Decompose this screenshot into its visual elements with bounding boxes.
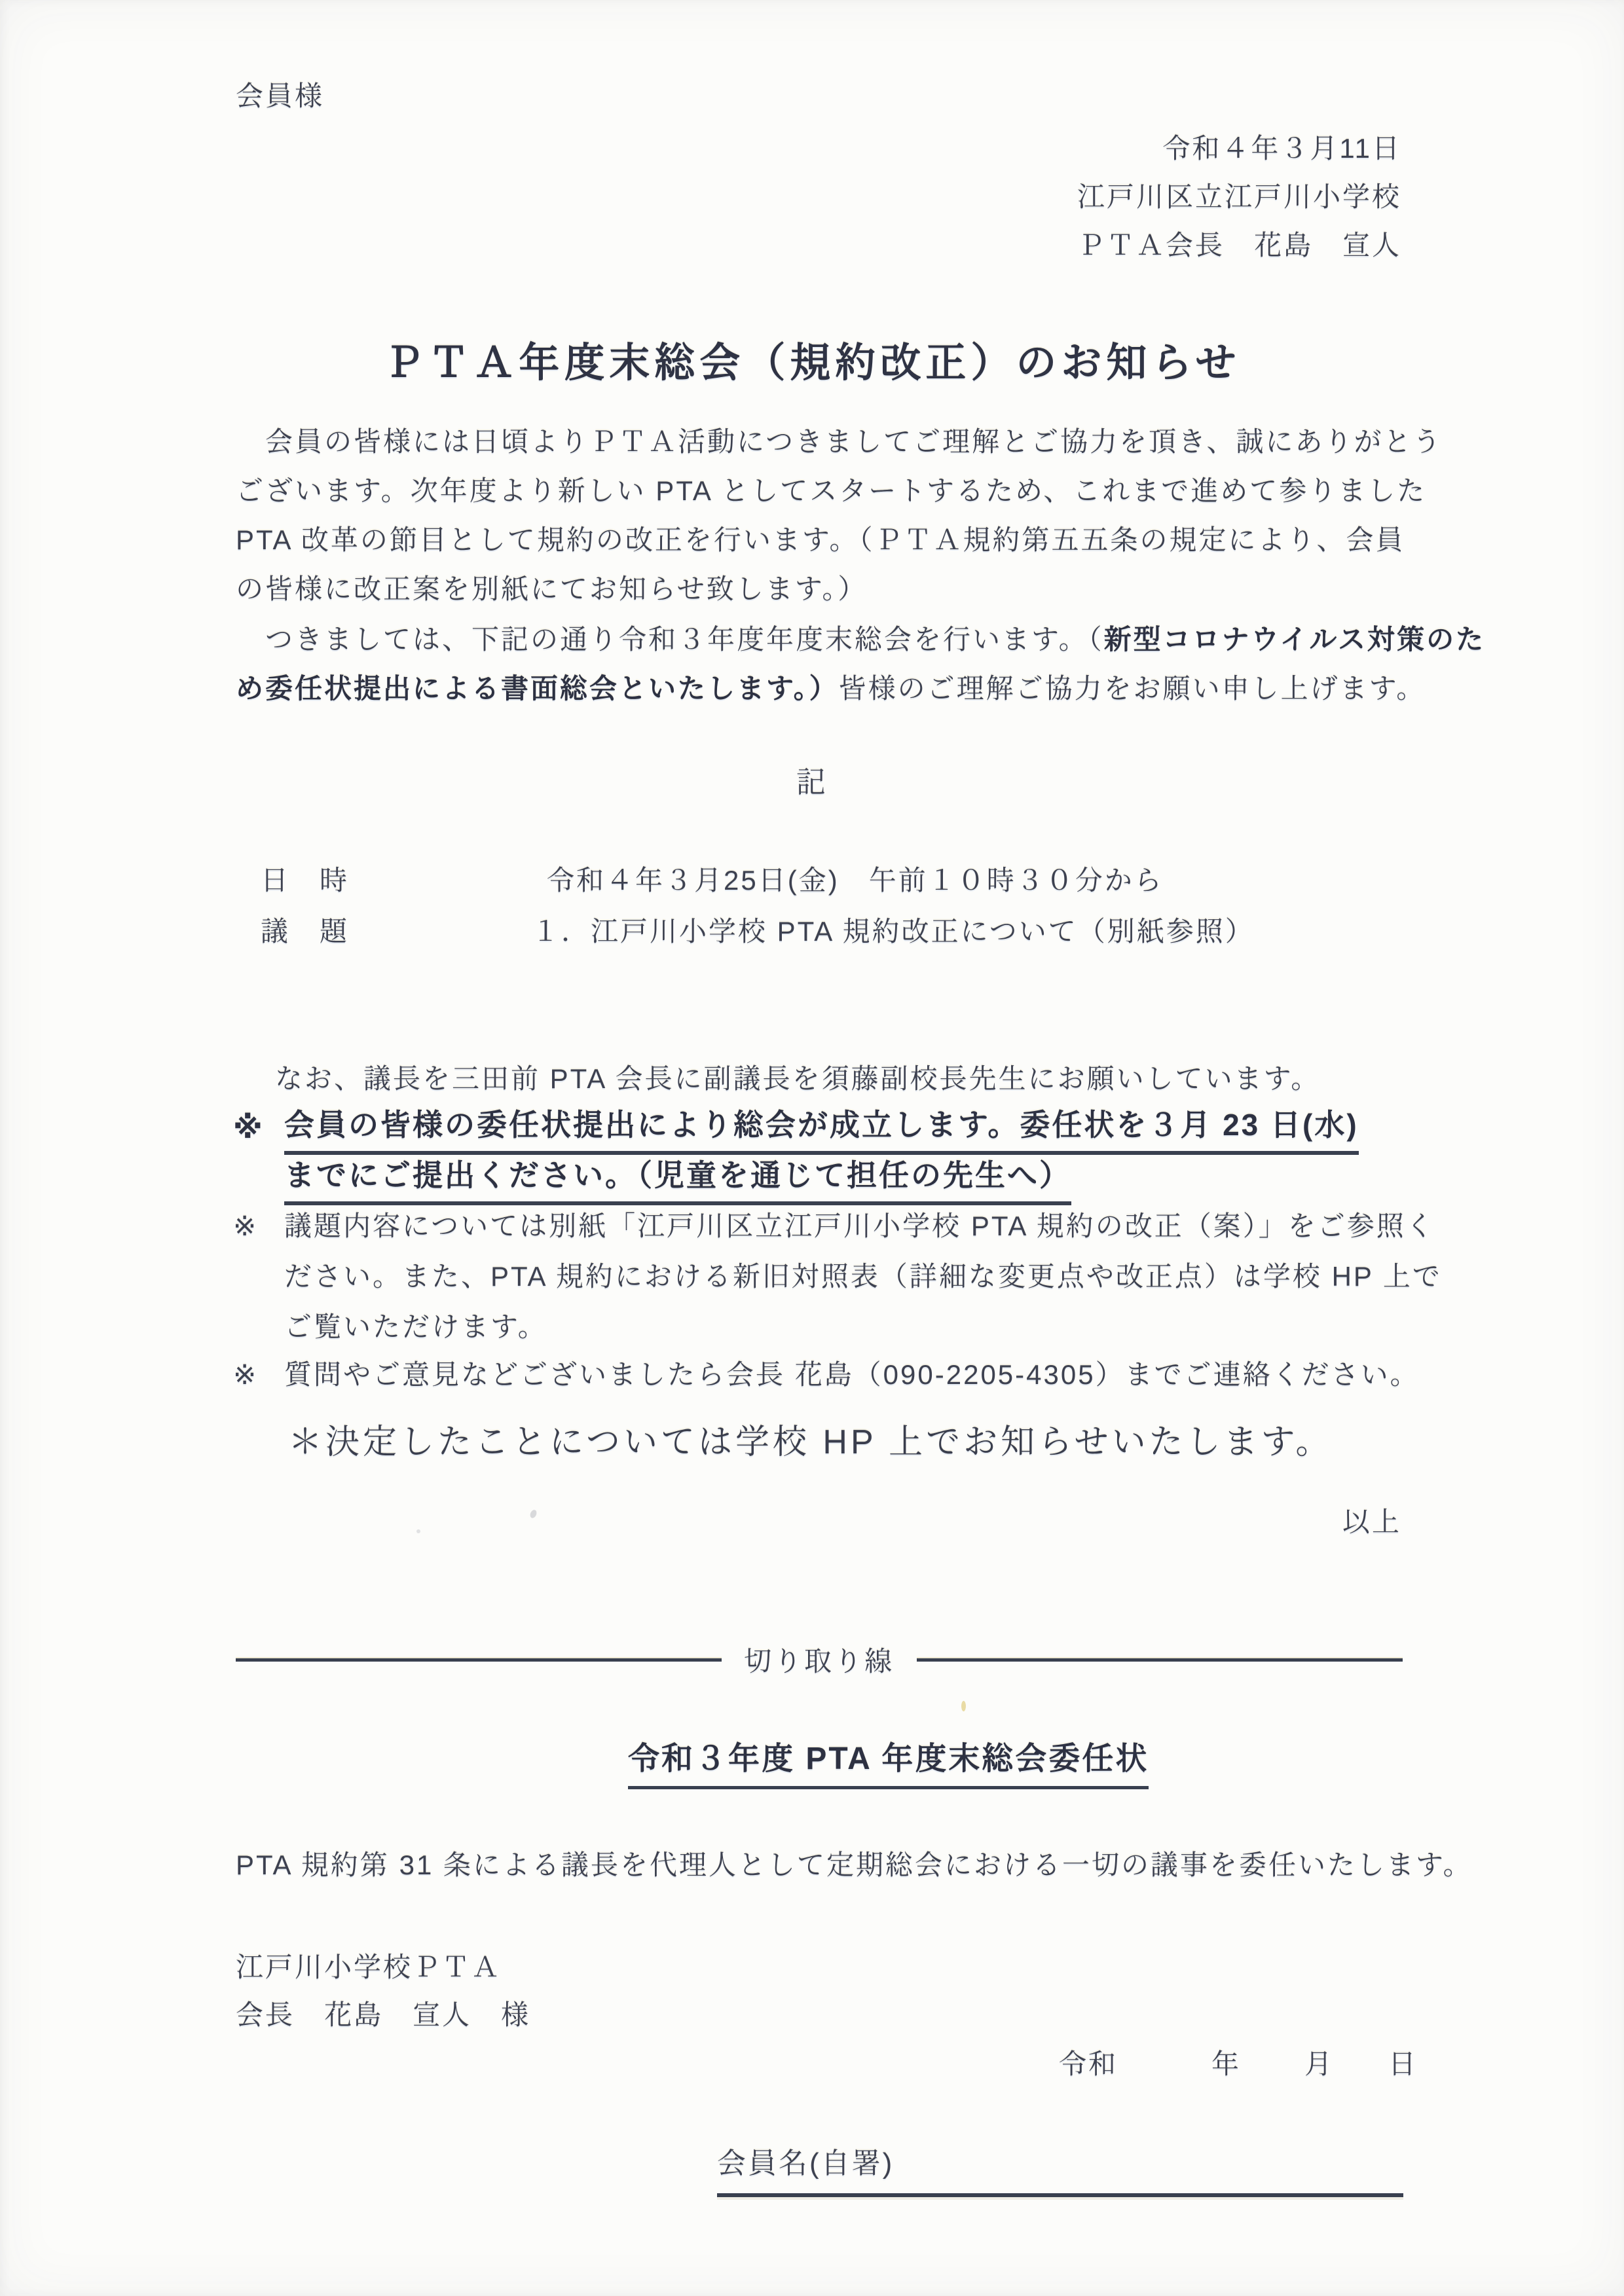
agenda-value-datetime: 令和４年３月25日(金) 午前１０時３０分から <box>547 864 1164 897</box>
ki-marker: 記 <box>0 765 1624 800</box>
sender-name: ＰＴＡ会長 花島 宣人 <box>1077 229 1401 262</box>
scan-artifact <box>416 1529 420 1533</box>
reference-note-line: 議題内容については別紙「江戸川区立江戸川小学校 PTA 規約の改正（案）」をご参… <box>284 1210 1435 1243</box>
note-marker: ※ <box>233 1210 258 1243</box>
underlined-text: 会員の皆様の委任状提出により総会が成立します。委任状を３月 23 日(水) <box>284 1107 1359 1155</box>
recipient: 会員様 <box>236 80 324 113</box>
proxy-deadline-line: までにご提出ください。（児童を通じて担任の先生へ） <box>284 1157 1071 1205</box>
agenda-label-topic: 議 題 <box>261 915 349 948</box>
proxy-form-body: PTA 規約第 31 条による議長を代理人として定期総会における一切の議事を委任… <box>236 1849 1473 1882</box>
scan-artifact <box>529 1509 538 1520</box>
scan-artifact <box>961 1701 966 1711</box>
intro-text: 皆様のご理解ご協力をお願い申し上げます。 <box>839 673 1426 704</box>
cut-line: 切り取り線 <box>236 1640 1403 1679</box>
school-name: 江戸川区立江戸川小学校 <box>1077 181 1401 213</box>
proxy-org: 江戸川小学校ＰＴＡ <box>236 1951 501 1984</box>
agenda-value-topic: １．江戸川小学校 PTA 規約改正について（別紙参照） <box>532 915 1255 948</box>
intro-line: つきましては、下記の通り令和３年度年度末総会を行います。（新型コロナウイルス対策… <box>236 623 1485 656</box>
agenda-label-datetime: 日 時 <box>261 864 349 897</box>
hp-announcement: ＊決定したことについては学校 HP 上でお知らせいたします。 <box>288 1422 1333 1463</box>
chair-note: なお、議長を三田前 PTA 会長に副議長を須藤副校長先生にお願いしています。 <box>275 1063 1320 1095</box>
page-title: ＰＴＡ年度末総会（規約改正）のお知らせ <box>0 339 1624 388</box>
cut-line-rule-right <box>917 1658 1403 1662</box>
cut-line-label: 切り取り線 <box>722 1640 917 1679</box>
document-date: 令和４年３月11日 <box>1162 132 1401 165</box>
reference-note-line: ご覧いただけます。 <box>284 1311 547 1343</box>
reference-note-line: ださい。また、PTA 規約における新旧対照表（詳細な変更点や改正点）は学校 HP… <box>284 1260 1442 1293</box>
proxy-form-title: 令和３年度 PTA 年度末総会委任状 <box>628 1740 1149 1789</box>
cut-line-rule-left <box>236 1658 722 1662</box>
note-marker: ※ <box>233 1358 258 1391</box>
contact-note: 質問やご意見などございましたら会長 花島（090-2205-4305）までご連絡… <box>284 1358 1420 1391</box>
proxy-date-year: 年 <box>1211 2048 1241 2081</box>
note-marker: ※ <box>233 1110 265 1146</box>
proxy-date-month: 月 <box>1304 2048 1334 2081</box>
underlined-text: までにご提出ください。（児童を通じて担任の先生へ） <box>284 1157 1071 1205</box>
scanned-document-page: 会員様 令和４年３月11日 江戸川区立江戸川小学校 ＰＴＡ会長 花島 宣人 ＰＴ… <box>0 0 1624 2296</box>
intro-line: 会員の皆様には日頃よりＰＴＡ活動につきましてご理解とご協力を頂き、誠にありがとう <box>236 426 1442 458</box>
covid-measure-bold-text: 新型コロナウイルス対策のた <box>1104 624 1485 655</box>
proxy-addressee: 会長 花島 宣人 様 <box>236 1999 530 2032</box>
closing-ijou: 以上 <box>1342 1506 1401 1539</box>
intro-text: つきましては、下記の通り令和３年度年度末総会を行います。（ <box>236 624 1104 655</box>
intro-line: め委任状提出による書面総会といたします。）皆様のご理解ご協力をお願い申し上げます… <box>236 672 1426 705</box>
underlined-text: 令和３年度 PTA 年度末総会委任状 <box>628 1740 1149 1789</box>
proxy-deadline-line: 会員の皆様の委任状提出により総会が成立します。委任状を３月 23 日(水) <box>284 1107 1359 1155</box>
intro-line: の皆様に改正案を別紙にてお知らせ致します。） <box>236 573 867 606</box>
covid-measure-bold-text: め委任状提出による書面総会といたします。） <box>236 673 839 704</box>
signature-line: 会員名(自署) <box>717 2140 1403 2197</box>
proxy-date-era: 令和 <box>1059 2048 1118 2081</box>
intro-line: PTA 改革の節目として規約の改正を行います。（ＰＴＡ規約第五五条の規定により、… <box>236 524 1405 556</box>
intro-line: ございます。次年度より新しい PTA としてスタートするため、これまで進めて参り… <box>236 475 1426 507</box>
signature-label: 会員名(自署) <box>717 2147 894 2179</box>
proxy-date-day: 日 <box>1388 2048 1418 2081</box>
